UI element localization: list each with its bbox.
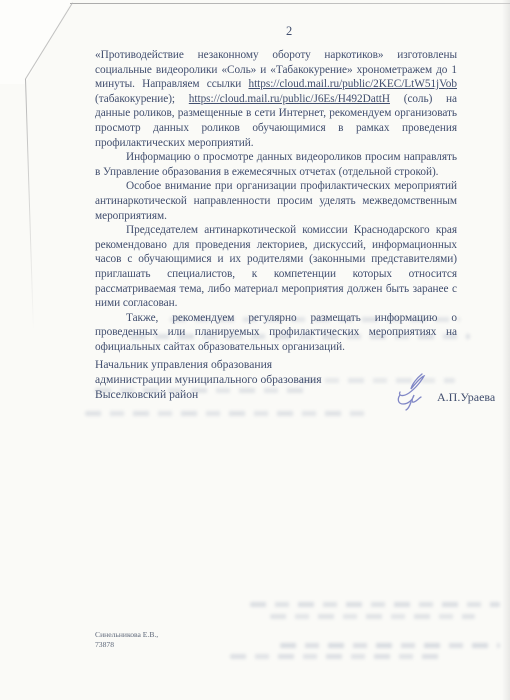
handwritten-signature — [391, 371, 437, 416]
link-sol-video[interactable]: https://cloud.mail.ru/public/J6Es/H492Da… — [189, 93, 390, 105]
bleed-through-artifact — [270, 614, 475, 619]
bleed-through-artifact — [250, 602, 500, 607]
paper-top-edge-line — [70, 3, 510, 4]
letter-body: «Противодействие незаконному обороту нар… — [95, 48, 457, 354]
paragraph-videos: «Противодействие незаконному обороту нар… — [95, 48, 457, 150]
executor-footer: Синельникова Е.В., 73878 — [95, 630, 158, 650]
executor-name: Синельникова Е.В., — [95, 630, 158, 640]
signer-title-line-3: Выселковский район — [95, 387, 395, 402]
signer-title-line-1: Начальник управления образования — [95, 357, 395, 372]
signature-block: Начальник управления образования админис… — [95, 357, 395, 403]
scan-right-shadow — [502, 0, 510, 700]
bleed-through-artifact — [280, 643, 500, 648]
paragraph-website-publication: Также, рекомендуем регулярно размещать и… — [95, 311, 457, 355]
paragraph-reporting: Информацию о просмотре данных видеоролик… — [95, 150, 457, 179]
bleed-through-artifact — [85, 411, 370, 416]
paragraph-commission-recommendation: Председателем антинаркотической комиссии… — [95, 223, 457, 311]
bleed-through-artifact — [230, 654, 440, 659]
scanned-letter-page: 2 «Противодействие незаконному обороту н… — [0, 0, 510, 700]
page-number: 2 — [286, 24, 292, 39]
executor-phone: 73878 — [95, 640, 158, 650]
paragraph-videos-text-2: (табакокурение); — [95, 93, 189, 105]
paper-left-edge-line — [25, 79, 34, 331]
page-corner-artifact — [0, 0, 80, 86]
signer-name: А.П.Ураева — [437, 390, 495, 405]
paragraph-special-attention: Особое внимание при организации профилак… — [95, 179, 457, 223]
signer-title-line-2: администрации муниципального образования — [95, 372, 395, 387]
link-tabakokurenie-video[interactable]: https://cloud.mail.ru/public/2KEC/LtW51j… — [248, 78, 457, 90]
